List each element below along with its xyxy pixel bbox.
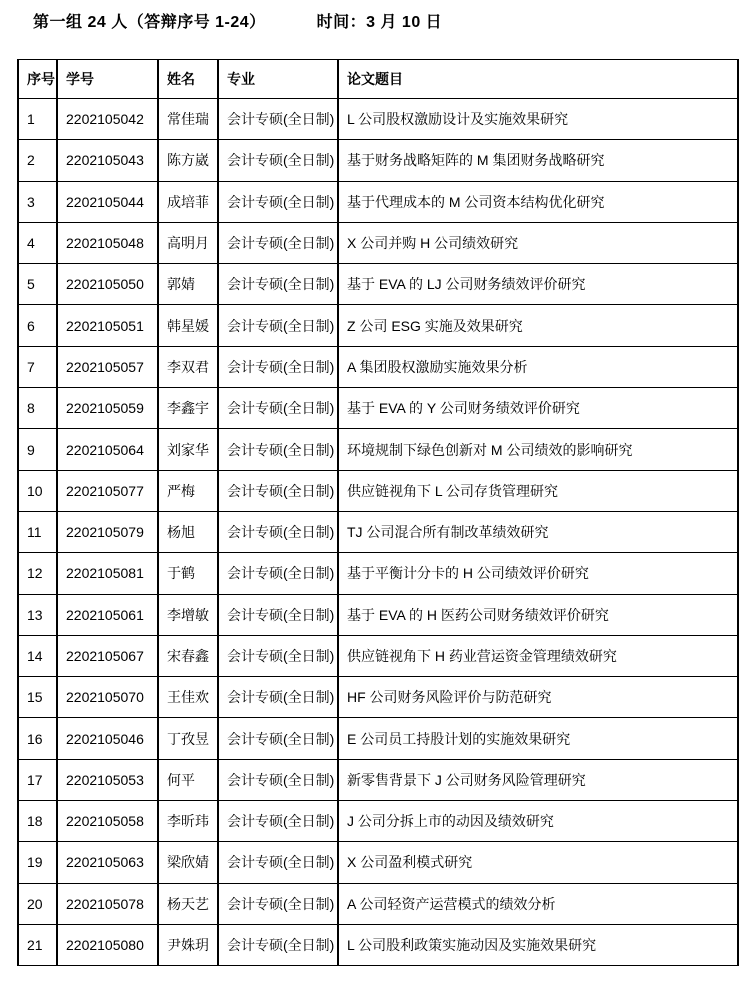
cell-no: 3	[18, 181, 57, 222]
cell-major: 会计专硕(全日制)	[218, 924, 338, 965]
table-row: 62202105051韩星媛会计专硕(全日制)Z 公司 ESG 实施及效果研究	[18, 305, 738, 346]
cell-major: 会计专硕(全日制)	[218, 429, 338, 470]
cell-major: 会计专硕(全日制)	[218, 470, 338, 511]
table-row: 22202105043陈方崴会计专硕(全日制)基于财务战略矩阵的 M 集团财务战…	[18, 140, 738, 181]
cell-thesis-title: 基于 EVA 的 Y 公司财务绩效评价研究	[338, 388, 738, 429]
cell-student-id: 2202105046	[57, 718, 158, 759]
cell-no: 18	[18, 801, 57, 842]
cell-major: 会计专硕(全日制)	[218, 883, 338, 924]
cell-major: 会计专硕(全日制)	[218, 759, 338, 800]
cell-name: 李鑫宇	[158, 388, 218, 429]
table-row: 182202105058李昕玮会计专硕(全日制)J 公司分拆上市的动因及绩效研究	[18, 801, 738, 842]
cell-name: 丁孜昱	[158, 718, 218, 759]
table-row: 192202105063梁欣婧会计专硕(全日制)X 公司盈利模式研究	[18, 842, 738, 883]
cell-thesis-title: 基于平衡计分卡的 H 公司绩效评价研究	[338, 553, 738, 594]
cell-no: 1	[18, 99, 57, 140]
cell-student-id: 2202105043	[57, 140, 158, 181]
cell-student-id: 2202105058	[57, 801, 158, 842]
cell-name: 杨旭	[158, 511, 218, 552]
defense-schedule-table: 序号 学号 姓名 专业 论文题目 12202105042常佳瑞会计专硕(全日制)…	[17, 59, 739, 966]
cell-student-id: 2202105077	[57, 470, 158, 511]
table-row: 132202105061李增敏会计专硕(全日制)基于 EVA 的 H 医药公司财…	[18, 594, 738, 635]
table-row: 202202105078杨天艺会计专硕(全日制)A 公司轻资产运营模式的绩效分析	[18, 883, 738, 924]
cell-major: 会计专硕(全日制)	[218, 264, 338, 305]
cell-name: 于鹤	[158, 553, 218, 594]
cell-student-id: 2202105059	[57, 388, 158, 429]
cell-name: 杨天艺	[158, 883, 218, 924]
cell-major: 会计专硕(全日制)	[218, 677, 338, 718]
cell-thesis-title: Z 公司 ESG 实施及效果研究	[338, 305, 738, 346]
cell-name: 高明月	[158, 222, 218, 263]
cell-thesis-title: 供应链视角下 H 药业营运资金管理绩效研究	[338, 635, 738, 676]
cell-student-id: 2202105078	[57, 883, 158, 924]
cell-student-id: 2202105042	[57, 99, 158, 140]
cell-major: 会计专硕(全日制)	[218, 140, 338, 181]
cell-thesis-title: TJ 公司混合所有制改革绩效研究	[338, 511, 738, 552]
table-row: 112202105079杨旭会计专硕(全日制)TJ 公司混合所有制改革绩效研究	[18, 511, 738, 552]
cell-name: 王佳欢	[158, 677, 218, 718]
cell-thesis-title: 供应链视角下 L 公司存货管理研究	[338, 470, 738, 511]
page-header: 第一组 24 人（答辩序号 1-24） 时间：3 月 10 日	[33, 9, 442, 32]
table-body: 12202105042常佳瑞会计专硕(全日制)L 公司股权激励设计及实施效果研究…	[18, 99, 738, 966]
cell-major: 会计专硕(全日制)	[218, 346, 338, 387]
cell-student-id: 2202105064	[57, 429, 158, 470]
cell-no: 21	[18, 924, 57, 965]
cell-major: 会计专硕(全日制)	[218, 801, 338, 842]
table-row: 122202105081于鹤会计专硕(全日制)基于平衡计分卡的 H 公司绩效评价…	[18, 553, 738, 594]
cell-major: 会计专硕(全日制)	[218, 842, 338, 883]
table-row: 172202105053何平会计专硕(全日制)新零售背景下 J 公司财务风险管理…	[18, 759, 738, 800]
time-label: 时间：3 月 10 日	[317, 14, 443, 31]
table-row: 82202105059李鑫宇会计专硕(全日制)基于 EVA 的 Y 公司财务绩效…	[18, 388, 738, 429]
table-row: 32202105044成培菲会计专硕(全日制)基于代理成本的 M 公司资本结构优…	[18, 181, 738, 222]
cell-major: 会计专硕(全日制)	[218, 388, 338, 429]
col-header-no: 序号	[18, 60, 57, 99]
cell-thesis-title: J 公司分拆上市的动因及绩效研究	[338, 801, 738, 842]
cell-name: 韩星媛	[158, 305, 218, 346]
cell-student-id: 2202105051	[57, 305, 158, 346]
cell-student-id: 2202105080	[57, 924, 158, 965]
cell-student-id: 2202105061	[57, 594, 158, 635]
cell-name: 宋春鑫	[158, 635, 218, 676]
cell-student-id: 2202105063	[57, 842, 158, 883]
cell-name: 梁欣婧	[158, 842, 218, 883]
cell-no: 4	[18, 222, 57, 263]
cell-major: 会计专硕(全日制)	[218, 181, 338, 222]
cell-thesis-title: X 公司盈利模式研究	[338, 842, 738, 883]
cell-student-id: 2202105048	[57, 222, 158, 263]
col-header-student-id: 学号	[57, 60, 158, 99]
table-row: 52202105050郭婧会计专硕(全日制)基于 EVA 的 LJ 公司财务绩效…	[18, 264, 738, 305]
cell-thesis-title: HF 公司财务风险评价与防范研究	[338, 677, 738, 718]
cell-no: 10	[18, 470, 57, 511]
cell-no: 6	[18, 305, 57, 346]
cell-student-id: 2202105079	[57, 511, 158, 552]
cell-no: 17	[18, 759, 57, 800]
cell-thesis-title: 环境规制下绿色创新对 M 公司绩效的影响研究	[338, 429, 738, 470]
cell-thesis-title: A 公司轻资产运营模式的绩效分析	[338, 883, 738, 924]
cell-name: 郭婧	[158, 264, 218, 305]
cell-major: 会计专硕(全日制)	[218, 511, 338, 552]
cell-no: 12	[18, 553, 57, 594]
cell-name: 常佳瑞	[158, 99, 218, 140]
cell-no: 2	[18, 140, 57, 181]
cell-thesis-title: 新零售背景下 J 公司财务风险管理研究	[338, 759, 738, 800]
cell-no: 16	[18, 718, 57, 759]
cell-no: 8	[18, 388, 57, 429]
group-label: 第一组 24 人（答辩序号 1-24）	[33, 14, 266, 31]
table-row: 72202105057李双君会计专硕(全日制)A 集团股权激励实施效果分析	[18, 346, 738, 387]
table-row: 212202105080尹姝玥会计专硕(全日制)L 公司股利政策实施动因及实施效…	[18, 924, 738, 965]
cell-no: 11	[18, 511, 57, 552]
cell-major: 会计专硕(全日制)	[218, 718, 338, 759]
cell-thesis-title: A 集团股权激励实施效果分析	[338, 346, 738, 387]
table-row: 42202105048高明月会计专硕(全日制)X 公司并购 H 公司绩效研究	[18, 222, 738, 263]
table-header-row: 序号 学号 姓名 专业 论文题目	[18, 60, 738, 99]
cell-major: 会计专硕(全日制)	[218, 553, 338, 594]
table-row: 142202105067宋春鑫会计专硕(全日制)供应链视角下 H 药业营运资金管…	[18, 635, 738, 676]
cell-student-id: 2202105081	[57, 553, 158, 594]
col-header-thesis-title: 论文题目	[338, 60, 738, 99]
table-row: 12202105042常佳瑞会计专硕(全日制)L 公司股权激励设计及实施效果研究	[18, 99, 738, 140]
cell-name: 李双君	[158, 346, 218, 387]
cell-name: 刘家华	[158, 429, 218, 470]
cell-name: 成培菲	[158, 181, 218, 222]
cell-student-id: 2202105067	[57, 635, 158, 676]
cell-major: 会计专硕(全日制)	[218, 635, 338, 676]
cell-thesis-title: X 公司并购 H 公司绩效研究	[338, 222, 738, 263]
cell-student-id: 2202105050	[57, 264, 158, 305]
cell-no: 20	[18, 883, 57, 924]
cell-thesis-title: 基于代理成本的 M 公司资本结构优化研究	[338, 181, 738, 222]
table-row: 162202105046丁孜昱会计专硕(全日制)E 公司员工持股计划的实施效果研…	[18, 718, 738, 759]
cell-name: 何平	[158, 759, 218, 800]
table-row: 152202105070王佳欢会计专硕(全日制)HF 公司财务风险评价与防范研究	[18, 677, 738, 718]
cell-student-id: 2202105070	[57, 677, 158, 718]
cell-student-id: 2202105044	[57, 181, 158, 222]
cell-major: 会计专硕(全日制)	[218, 222, 338, 263]
cell-thesis-title: 基于 EVA 的 LJ 公司财务绩效评价研究	[338, 264, 738, 305]
cell-major: 会计专硕(全日制)	[218, 594, 338, 635]
document-page: 第一组 24 人（答辩序号 1-24） 时间：3 月 10 日 序号 学号 姓名…	[0, 0, 752, 994]
cell-thesis-title: L 公司股利政策实施动因及实施效果研究	[338, 924, 738, 965]
cell-major: 会计专硕(全日制)	[218, 305, 338, 346]
cell-thesis-title: 基于 EVA 的 H 医药公司财务绩效评价研究	[338, 594, 738, 635]
cell-no: 14	[18, 635, 57, 676]
cell-no: 9	[18, 429, 57, 470]
cell-no: 15	[18, 677, 57, 718]
cell-major: 会计专硕(全日制)	[218, 99, 338, 140]
col-header-major: 专业	[218, 60, 338, 99]
cell-name: 尹姝玥	[158, 924, 218, 965]
cell-student-id: 2202105057	[57, 346, 158, 387]
cell-name: 李增敏	[158, 594, 218, 635]
cell-thesis-title: L 公司股权激励设计及实施效果研究	[338, 99, 738, 140]
cell-thesis-title: E 公司员工持股计划的实施效果研究	[338, 718, 738, 759]
cell-student-id: 2202105053	[57, 759, 158, 800]
cell-no: 5	[18, 264, 57, 305]
cell-no: 13	[18, 594, 57, 635]
cell-thesis-title: 基于财务战略矩阵的 M 集团财务战略研究	[338, 140, 738, 181]
cell-name: 陈方崴	[158, 140, 218, 181]
cell-name: 严梅	[158, 470, 218, 511]
cell-name: 李昕玮	[158, 801, 218, 842]
cell-no: 19	[18, 842, 57, 883]
table-row: 102202105077严梅会计专硕(全日制)供应链视角下 L 公司存货管理研究	[18, 470, 738, 511]
table-row: 92202105064刘家华会计专硕(全日制)环境规制下绿色创新对 M 公司绩效…	[18, 429, 738, 470]
cell-no: 7	[18, 346, 57, 387]
col-header-name: 姓名	[158, 60, 218, 99]
